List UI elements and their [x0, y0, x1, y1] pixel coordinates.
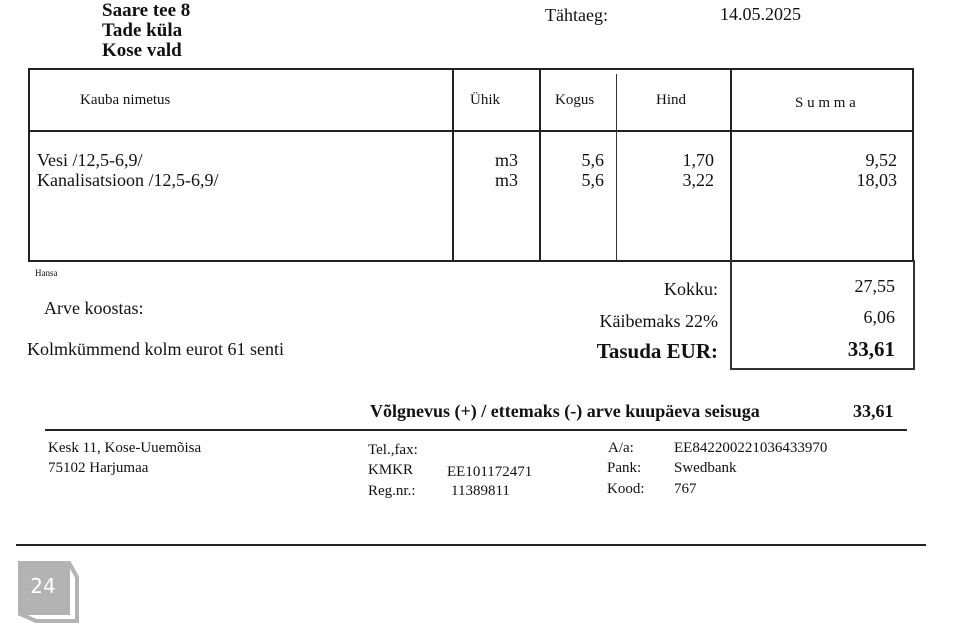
tel-label: Tel.,fax:	[368, 440, 418, 460]
due-date-label: Tähtaeg:	[545, 5, 608, 26]
kmkr-value: EE101172471	[447, 462, 532, 482]
row-unit: m3	[470, 150, 518, 171]
row-sum: 9,52	[750, 150, 897, 171]
account-label: A/a:	[608, 438, 634, 458]
total-value: 33,61	[848, 337, 895, 362]
row-price: 1,70	[630, 150, 714, 171]
row-unit: m3	[470, 170, 518, 191]
header-quantity: Kogus	[555, 92, 594, 109]
header-sum: S u m m a	[795, 95, 856, 112]
seller-address-line2: 75102 Harjumaa	[48, 458, 148, 478]
code-label: Kood:	[607, 479, 645, 499]
subtotal-label: Kokku:	[664, 279, 718, 300]
items-table: Kauba nimetus Ühik Kogus Hind S u m m a …	[28, 68, 914, 262]
row-sum: 18,03	[750, 170, 897, 191]
column-divider	[730, 70, 732, 260]
software-note: Hansa	[35, 268, 58, 278]
header-price: Hind	[656, 92, 686, 109]
total-label: Tasuda EUR:	[597, 339, 718, 364]
row-quantity: 5,6	[550, 170, 604, 191]
column-divider	[539, 70, 541, 260]
balance-label: Võlgnevus (+) / ettemaks (-) arve kuupäe…	[370, 401, 760, 422]
row-quantity: 5,6	[550, 150, 604, 171]
vat-value: 6,06	[864, 307, 896, 328]
balance-value: 33,61	[853, 401, 894, 422]
reg-label: Reg.nr.:	[368, 481, 416, 501]
row-price: 3,22	[630, 170, 714, 191]
seller-address-line1: Kesk 11, Kose-Uuemõisa	[48, 438, 201, 458]
page-number-badge: 24	[18, 561, 80, 623]
vat-label: Käibemaks 22%	[600, 311, 718, 332]
prepared-by-label: Arve koostas:	[44, 298, 143, 319]
header-item-name: Kauba nimetus	[80, 92, 170, 109]
kmkr-label: KMKR	[368, 460, 413, 480]
due-date-value: 14.05.2025	[720, 4, 801, 25]
footer-divider	[45, 429, 907, 431]
row-item-name: Vesi /12,5-6,9/	[37, 150, 143, 171]
page-bottom-rule	[16, 544, 926, 546]
bank-value: Swedbank	[674, 458, 737, 478]
page-number: 24	[18, 561, 68, 611]
account-value: EE842200221036433970	[674, 438, 827, 458]
subtotal-value: 27,55	[855, 276, 896, 297]
customer-address-line3: Kose vald	[102, 40, 182, 61]
row-item-name: Kanalisatsioon /12,5-6,9/	[37, 170, 218, 191]
header-unit: Ühik	[470, 92, 500, 109]
reg-value: 11389811	[451, 481, 510, 501]
amount-in-words: Kolmkümmend kolm eurot 61 senti	[27, 339, 284, 360]
customer-address-line2: Tade küla	[102, 20, 182, 41]
code-value: 767	[674, 479, 697, 499]
table-header-divider	[30, 130, 912, 132]
column-divider	[616, 74, 617, 260]
customer-address-line1: Saare tee 8	[102, 0, 190, 21]
column-divider	[452, 70, 454, 260]
bank-label: Pank:	[607, 458, 641, 478]
